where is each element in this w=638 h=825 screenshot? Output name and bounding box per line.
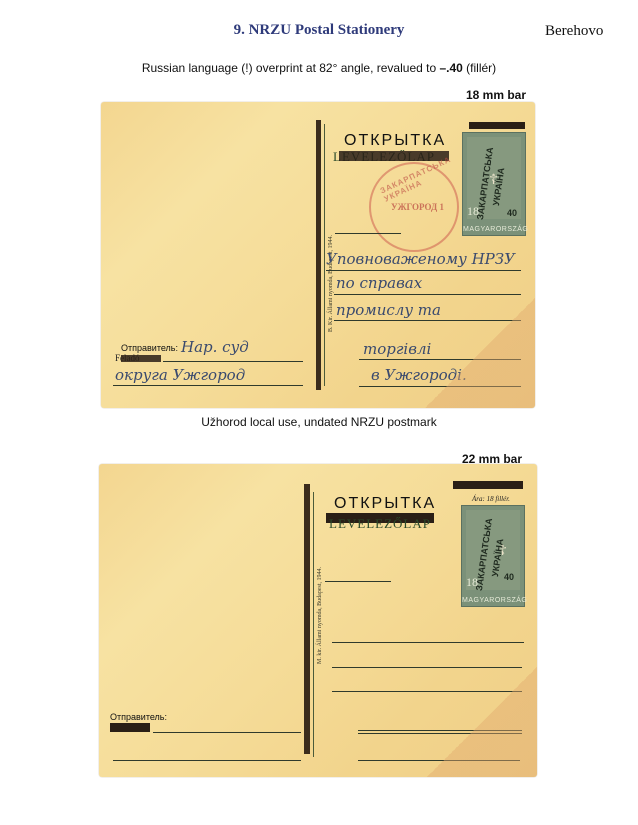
address-rule	[358, 733, 522, 734]
postmark-center-text: УЖГОРОД 1	[391, 202, 444, 212]
address-line-1: Уповноваженому НРЗУ	[326, 250, 515, 268]
sender-rule	[163, 361, 303, 362]
address-rule	[335, 233, 401, 234]
address-line-3: промислу та	[336, 301, 441, 319]
stamp-country: MAGYARORSZÁG	[463, 226, 525, 233]
sender-rule	[153, 732, 301, 733]
address-rule	[332, 642, 524, 643]
address-line-2: по справах	[336, 274, 422, 292]
sender-obliterating-bar	[121, 355, 161, 362]
page-title: 9. NRZU Postal Stationery	[0, 22, 638, 39]
stamp-revaluation: 40	[507, 208, 517, 218]
postcard-1: B. Kir. Állami nyomda, Budapest, 1944. О…	[101, 102, 535, 408]
address-rule	[358, 760, 520, 761]
card-heading: ОТКРЫТКА	[344, 132, 446, 150]
subtitle-suffix: (fillér)	[463, 61, 496, 75]
stamp-revaluation: 40	[504, 572, 514, 582]
sender-line-2: округа Ужгород	[115, 366, 245, 384]
address-rule	[358, 730, 522, 731]
address-rule	[334, 294, 521, 295]
address-rule	[359, 359, 521, 360]
imprinted-stamp: ☦ ЗАКАРПАТСЬКА УКРАЇНА 18 40 MAGYARORSZÁ…	[462, 132, 526, 236]
sender-label: Отправитель:	[121, 343, 178, 353]
subtitle-value: –.40	[439, 61, 462, 75]
postcard-2: M. kir. Állami nyomda, Budapest, 1944. О…	[99, 464, 537, 777]
stamp-bar-22mm	[453, 481, 523, 489]
stamp-denomination: 18	[466, 575, 478, 590]
imprinted-stamp: ☦ ЗАКАРПАТСЬКА УКРАЇНА 18 40 MAGYARORSZÁ…	[461, 505, 525, 607]
sender-line-1: Нар. суд	[181, 338, 249, 356]
sender-obliterating-bar	[110, 723, 150, 732]
struck-heading: LEVELEZŐLAP	[329, 516, 431, 532]
postmark: ЗАКАРПАТСЬКА УКРАЇНА УЖГОРОД 1	[369, 162, 459, 252]
stamp-denomination: 18	[467, 204, 479, 219]
address-line-4: торгівлі	[363, 340, 431, 358]
price-note: Ára: 18 fillér.	[472, 495, 510, 503]
address-rule	[359, 386, 521, 387]
divider-line	[313, 492, 314, 757]
address-rule	[326, 270, 521, 271]
card-heading: ОТКРЫТКА	[334, 495, 436, 513]
subtitle-prefix: Russian language (!) overprint at 82° an…	[142, 61, 440, 75]
address-rule	[332, 691, 522, 692]
address-rule	[325, 581, 391, 582]
address-line-5: в Ужгороді.	[371, 366, 467, 384]
sender-rule	[113, 385, 303, 386]
sender-rule	[113, 760, 301, 761]
divider-bar	[316, 120, 321, 390]
caption-card-1: Užhorod local use, undated NRZU postmark	[0, 415, 638, 429]
location-label: Berehovo	[545, 23, 603, 40]
sender-label: Отправитель:	[110, 712, 167, 722]
obliterating-bar	[339, 151, 449, 161]
printer-imprint: M. kir. Állami nyomda, Budapest, 1944.	[317, 567, 323, 664]
subtitle: Russian language (!) overprint at 82° an…	[0, 61, 638, 75]
address-rule	[334, 320, 521, 321]
bar-label-1: 18 mm bar	[466, 88, 526, 102]
address-rule	[332, 667, 522, 668]
stamp-bar-18mm	[469, 122, 525, 129]
divider-bar	[304, 484, 310, 754]
divider-line	[324, 124, 325, 386]
stamp-country: MAGYARORSZÁG	[462, 597, 524, 604]
